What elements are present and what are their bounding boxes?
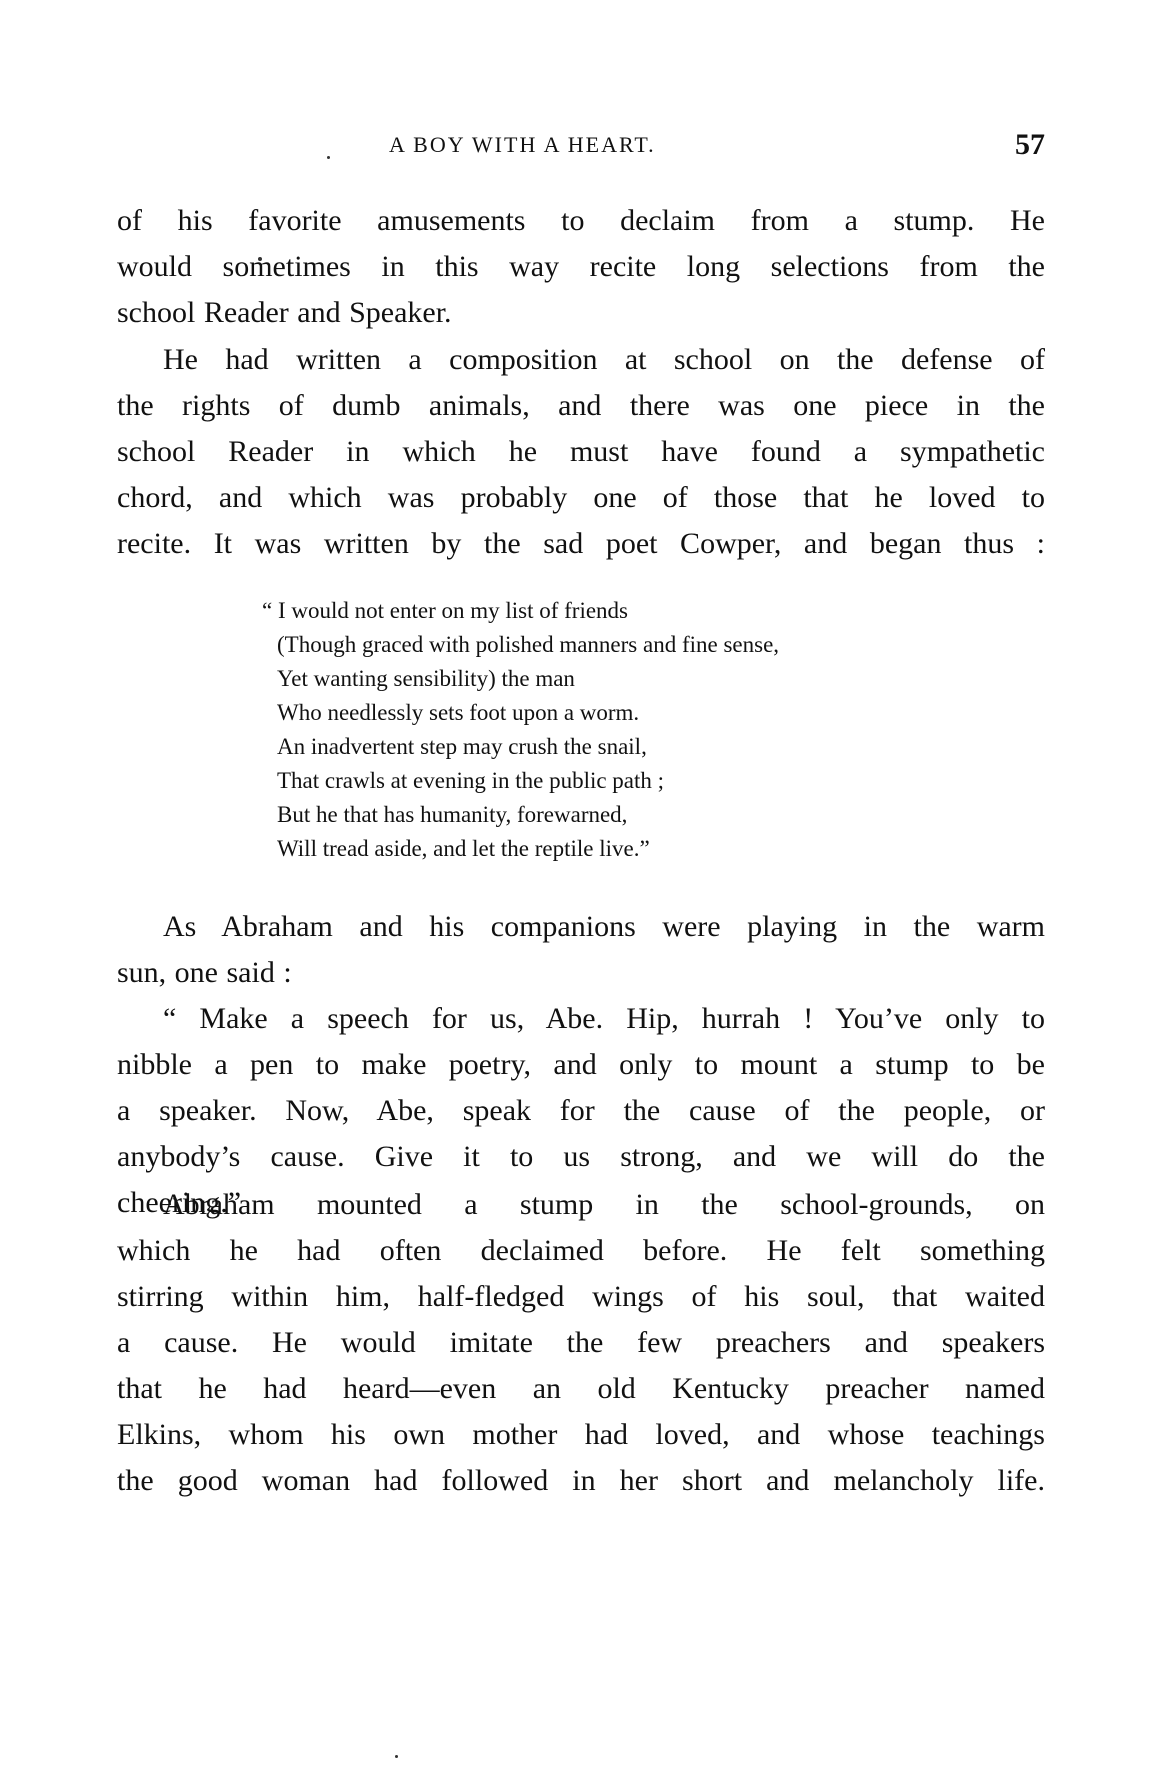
poem-line: Who needlessly sets foot upon a worm. [262,696,982,730]
poem-line: (Though graced with polished manners and… [262,628,982,662]
text-line: school Reader and Speaker. [117,290,1045,336]
text-line: a cause. He would imitate the few preach… [117,1320,1045,1366]
text-line: Elkins, whom his own mother had loved, a… [117,1412,1045,1458]
text-line: He had written a composition at school o… [117,337,1045,383]
text-line: the rights of dumb animals, and there wa… [117,383,1045,429]
poem-quotation: “ I would not enter on my list of friend… [262,594,982,866]
text-line: sun, one said : [117,950,1045,996]
text-line: As Abraham and his companions were playi… [117,904,1045,950]
paragraph-3: As Abraham and his companions were playi… [117,904,1045,996]
poem-line: That crawls at evening in the public pat… [262,764,982,798]
paragraph-2: He had written a composition at school o… [117,337,1045,567]
text-line: stirring within him, half-fledged wings … [117,1274,1045,1320]
text-line: that he had heard—even an old Kentucky p… [117,1366,1045,1412]
text-line: school Reader in which he must have foun… [117,429,1045,475]
text-line: chord, and which was probably one of tho… [117,475,1045,521]
poem-line: Will tread aside, and let the reptile li… [262,832,982,866]
text-line: of his favorite amusements to declaim fr… [117,198,1045,244]
print-speck [395,1755,398,1758]
text-line: which he had often declaimed before. He … [117,1228,1045,1274]
text-line: the good woman had followed in her short… [117,1458,1045,1504]
running-title: A BOY WITH A HEART. [389,132,656,158]
running-head: A BOY WITH A HEART. 57 [117,128,1045,168]
poem-line: “ I would not enter on my list of friend… [262,594,982,628]
paragraph-1: of his favorite amusements to declaim fr… [117,198,1045,336]
text-line: Abraham mounted a stump in the school-gr… [117,1182,1045,1228]
paragraph-5: Abraham mounted a stump in the school-gr… [117,1182,1045,1504]
print-speck [327,156,330,159]
poem-line: Yet wanting sensibility) the man [262,662,982,696]
text-line: recite. It was written by the sad poet C… [117,521,1045,567]
page-number: 57 [1015,128,1045,162]
text-line: “ Make a speech for us, Abe. Hip, hurrah… [117,996,1045,1042]
text-line: anybody’s cause. Give it to us strong, a… [117,1134,1045,1180]
poem-line: But he that has humanity, forewarned, [262,798,982,832]
print-speck [258,257,262,261]
text-line: nibble a pen to make poetry, and only to… [117,1042,1045,1088]
text-line: would sometimes in this way recite long … [117,244,1045,290]
poem-line: An inadvertent step may crush the snail, [262,730,982,764]
book-page: A BOY WITH A HEART. 57 of his favorite a… [0,0,1154,1781]
text-line: a speaker. Now, Abe, speak for the cause… [117,1088,1045,1134]
